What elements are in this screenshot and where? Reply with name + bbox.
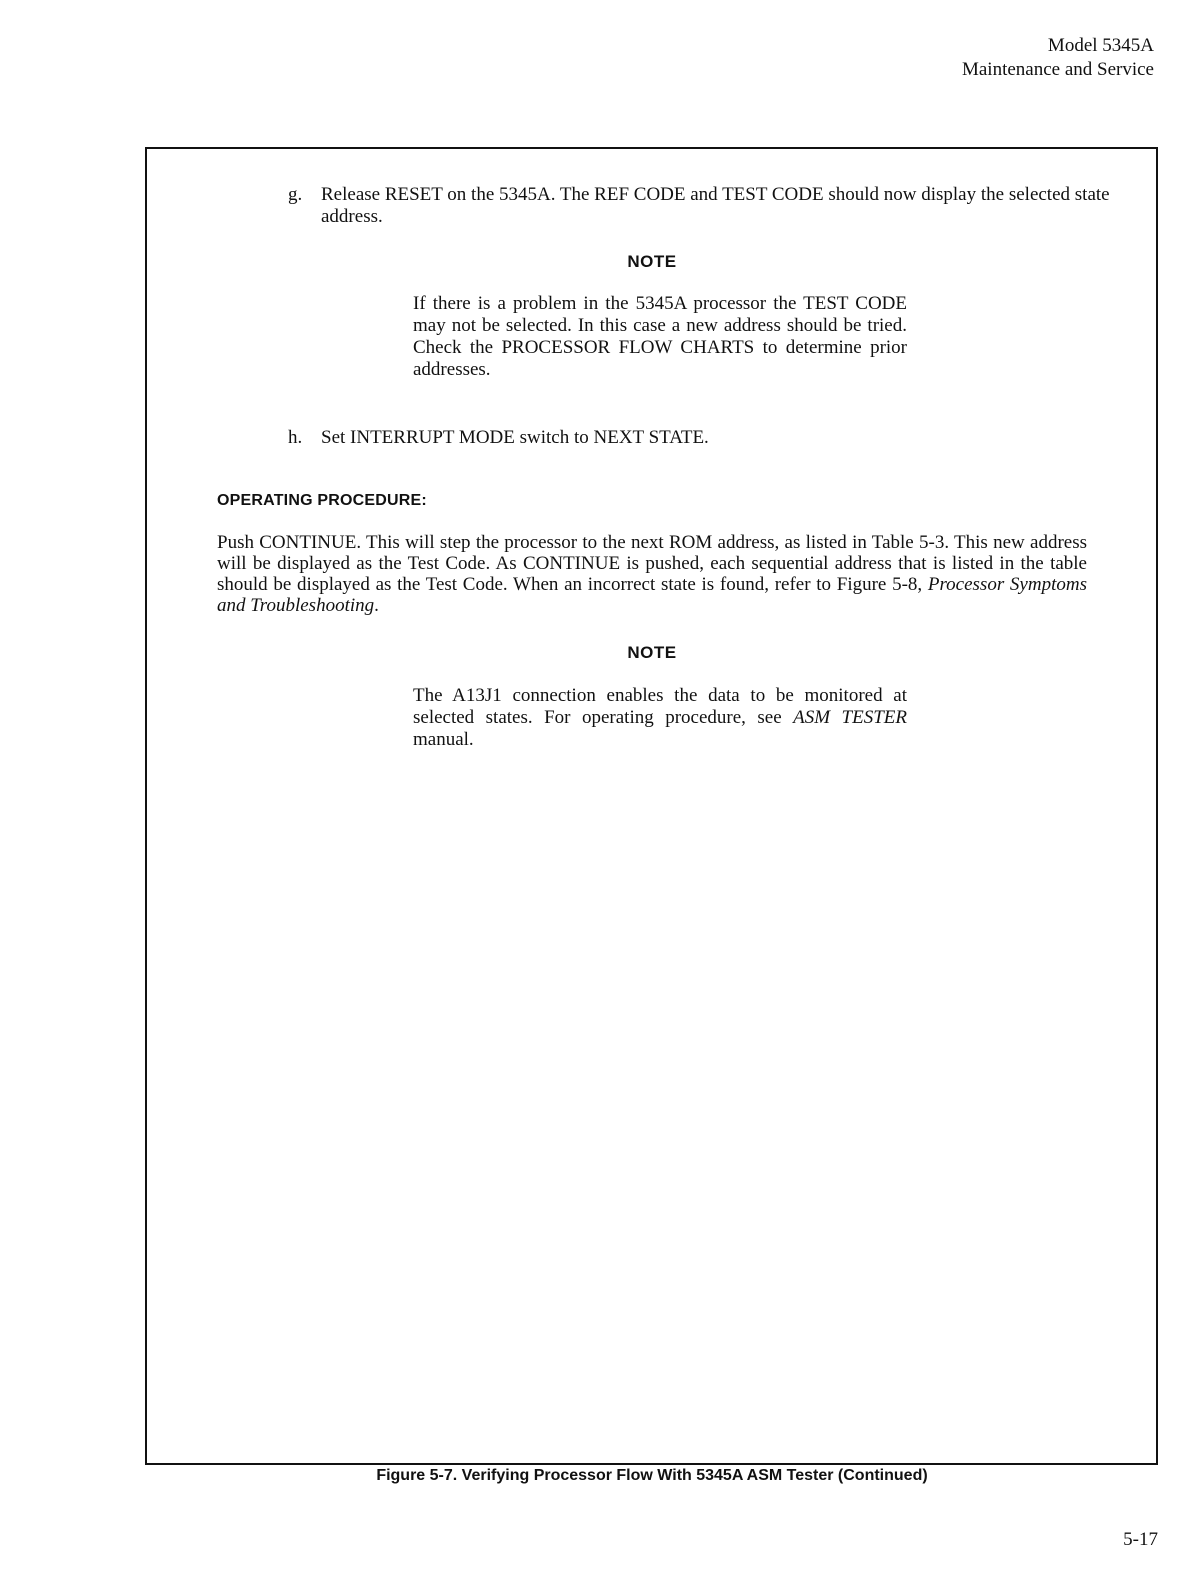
header-section: Maintenance and Service [962, 58, 1154, 82]
paragraph-end: . [374, 595, 379, 616]
page-number: 5-17 [1123, 1529, 1158, 1551]
note-text-end: manual. [413, 729, 474, 750]
figure-caption: Figure 5-7. Verifying Processor Flow Wit… [0, 1467, 1204, 1485]
note-title: NOTE [0, 252, 1204, 272]
operating-procedure-paragraph: Push CONTINUE. This will step the proces… [217, 532, 1087, 616]
section-heading: OPERATING PROCEDURE: [217, 492, 427, 510]
header-model: Model 5345A [962, 34, 1154, 58]
note-body: The A13J1 connection enables the data to… [413, 685, 907, 751]
note-title: NOTE [0, 643, 1204, 663]
note-body: If there is a problem in the 5345A proce… [413, 293, 907, 381]
step-letter: g. [288, 184, 302, 206]
note-italic-reference: ASM TESTER [793, 707, 907, 728]
step-text: Release RESET on the 5345A. The REF CODE… [321, 184, 1111, 228]
step-letter: h. [288, 427, 302, 449]
page-header: Model 5345A Maintenance and Service [962, 34, 1154, 82]
step-text: Set INTERRUPT MODE switch to NEXT STATE. [321, 427, 1111, 449]
